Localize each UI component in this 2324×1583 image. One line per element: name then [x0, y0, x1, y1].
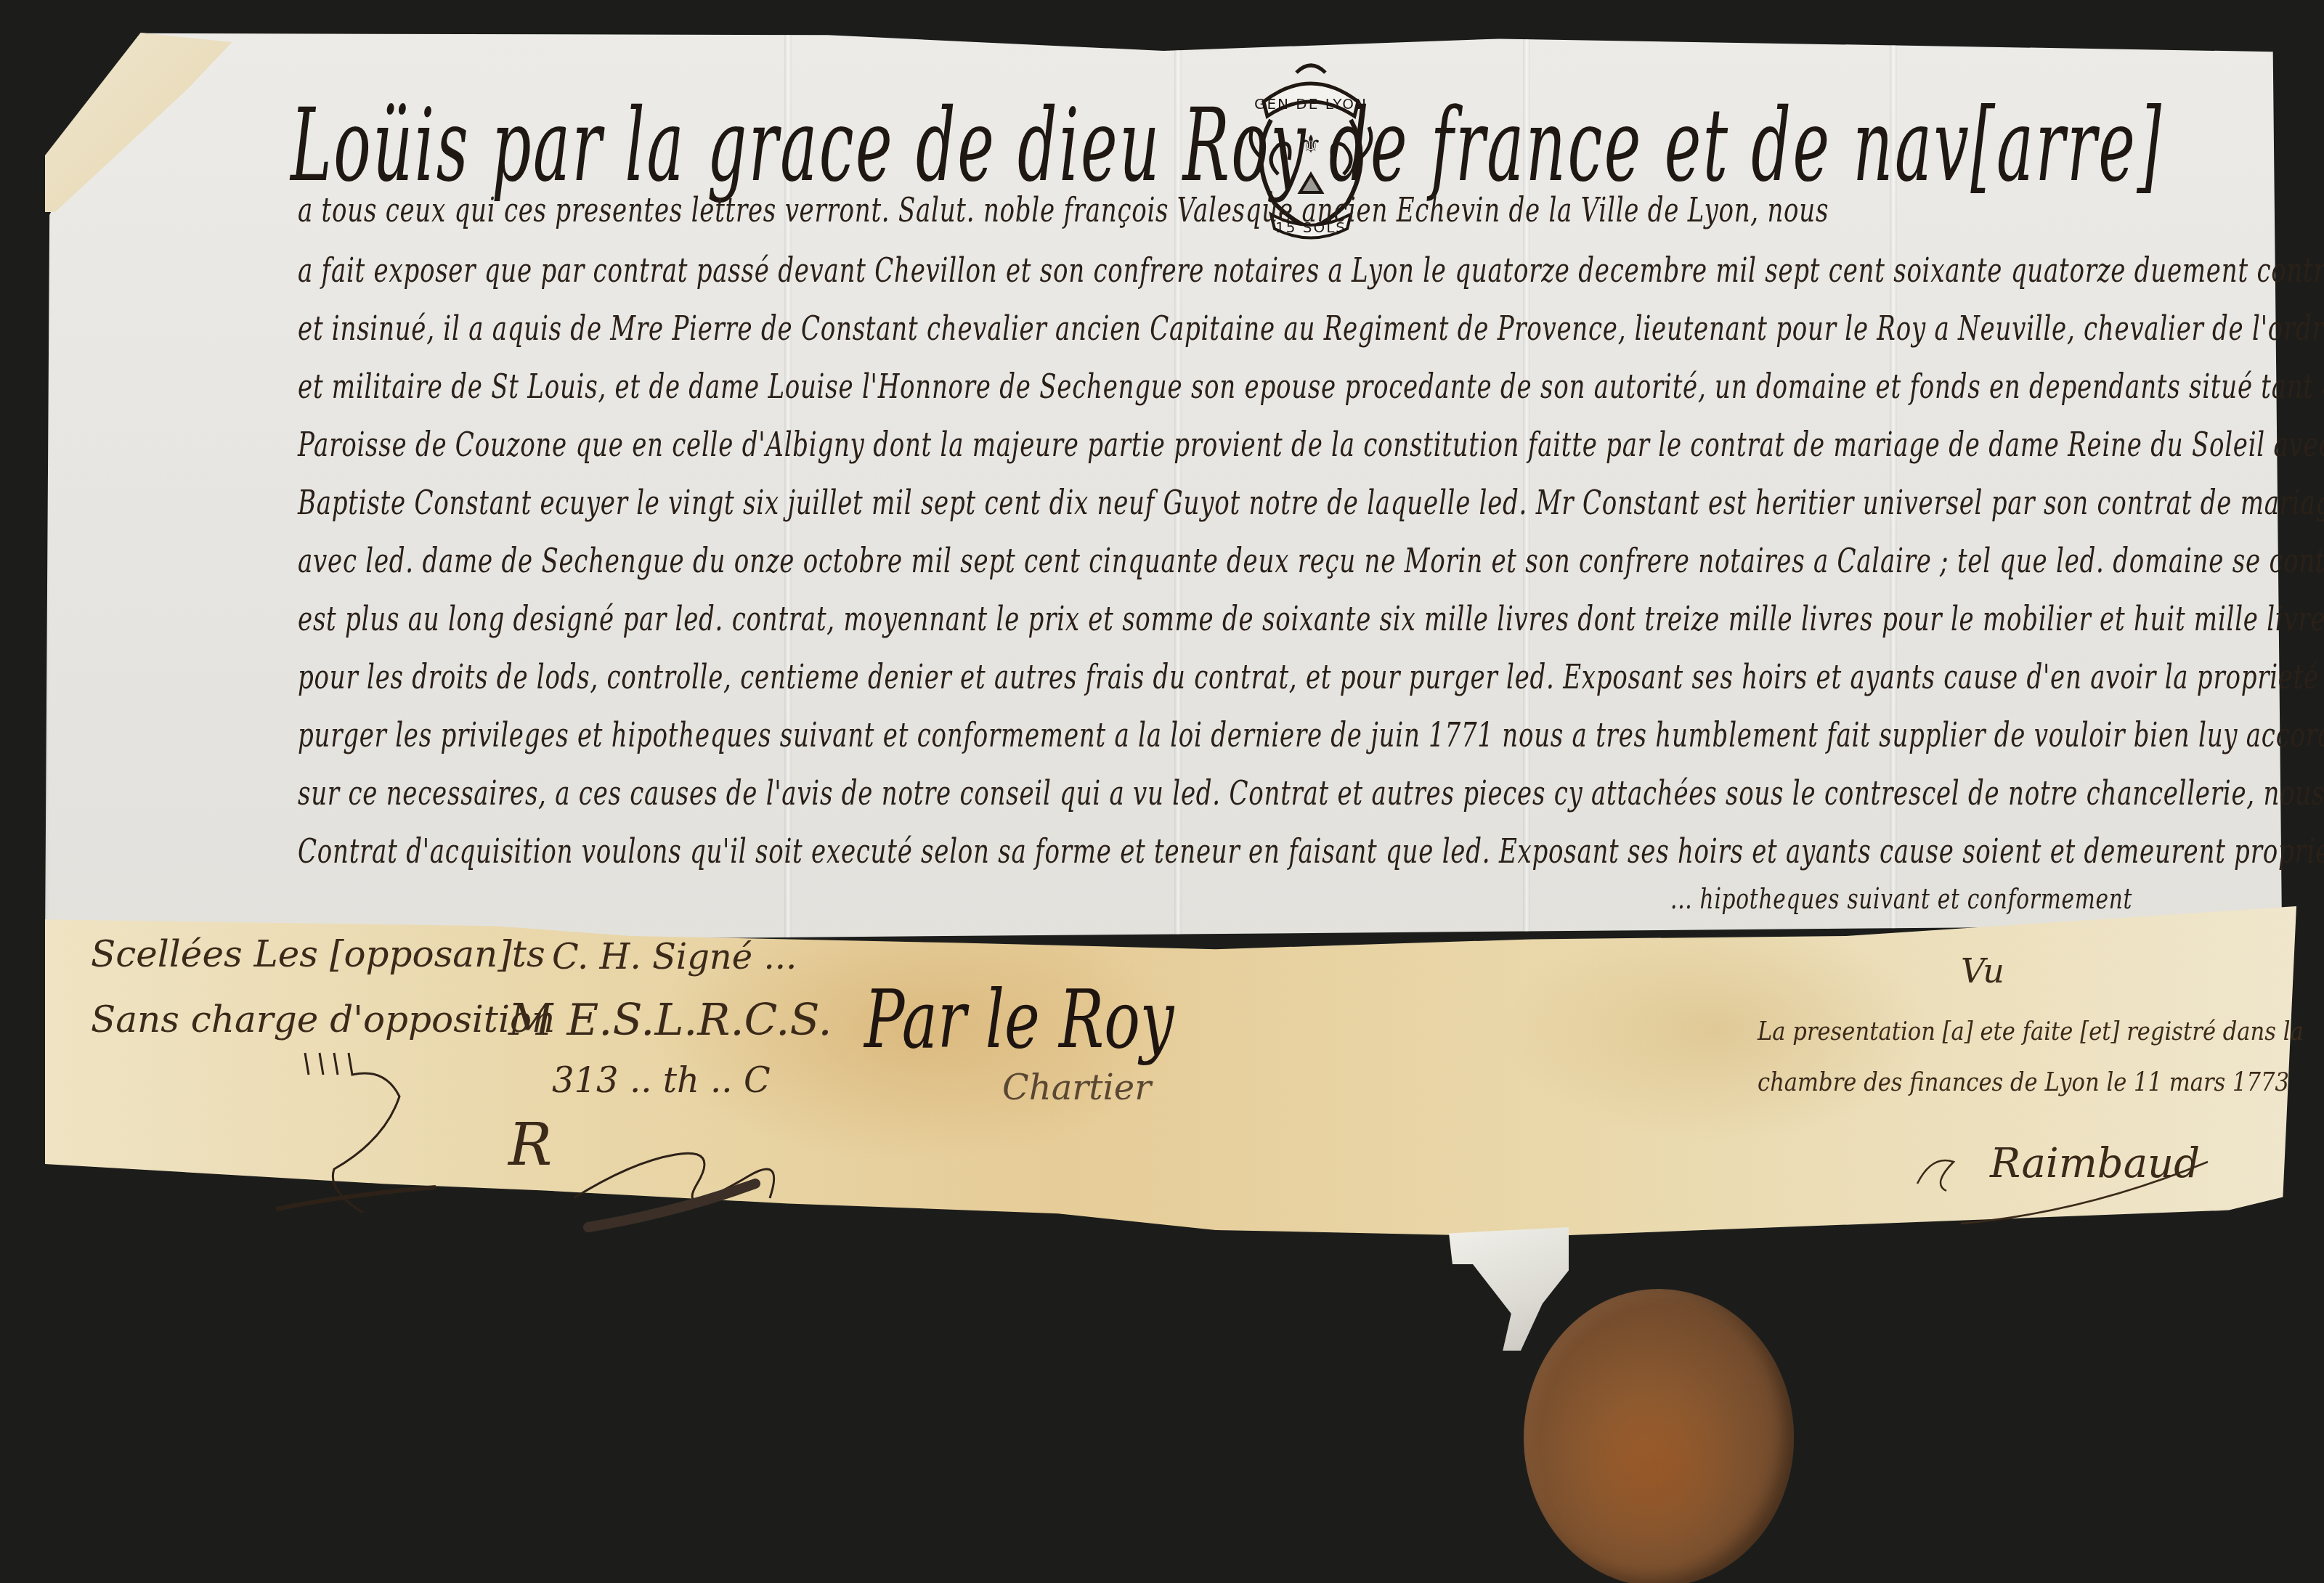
body-line: a fait exposer que par contrat passé dev…	[298, 251, 2324, 290]
wax-seal	[1524, 1289, 1794, 1583]
body-line: purger les privileges et hipotheques sui…	[298, 715, 2324, 754]
fee-note-line: 313 .. th .. C	[552, 1060, 771, 1101]
fleur-de-lis-icon: ⚜	[1300, 130, 1322, 159]
body-line: sur ce necessaires, a ces causes de l'av…	[298, 773, 2324, 813]
body-line: Paroisse de Couzone que en celle d'Albig…	[298, 425, 2324, 464]
body-line: a tous ceux qui ces presentes lettres ve…	[298, 190, 1829, 229]
body-line: et insinué, il a aquis de Mre Pierre de …	[298, 309, 2324, 348]
body-line: est plus au long designé par led. contra…	[298, 599, 2324, 638]
body-line: Contrat d'acquisition voulons qu'il soit…	[298, 831, 2324, 871]
body-line: pour les droits de lods, controlle, cent…	[298, 657, 2324, 696]
registration-note-line: Scellées Les [opposan]ts	[91, 933, 545, 975]
initial-r: R	[508, 1111, 552, 1179]
body-line: Baptiste Constant ecuyer le vingt six ju…	[298, 483, 2324, 522]
body-line: avec led. dame de Sechengue du onze octo…	[298, 541, 2324, 580]
fee-note-line: M E.S.L.R.C.S.	[508, 995, 832, 1046]
royal-signature: Par le Roy	[864, 973, 1174, 1066]
signature-flourish-icon	[1903, 1133, 2280, 1234]
seal-ribbon	[1449, 1227, 1569, 1351]
body-line: ... hipotheques suivant et conformement	[1670, 882, 2132, 916]
vu-mark: Vu	[1961, 951, 2004, 990]
registration-line: chambre des finances de Lyon le 11 mars …	[1758, 1067, 2289, 1097]
registration-note-line: Sans charge d'opposition	[91, 998, 555, 1041]
body-line: et militaire de St Louis, et de dame Lou…	[298, 367, 2324, 406]
fee-note-line: C. H. Signé ...	[552, 937, 797, 977]
countersignature: Chartier	[1002, 1067, 1151, 1108]
registration-line: La presentation [a] ete faite [et] regis…	[1758, 1017, 2304, 1046]
stamp-top-banner: GEN DE LYON	[1254, 95, 1368, 113]
flourish-icon	[566, 1133, 871, 1249]
